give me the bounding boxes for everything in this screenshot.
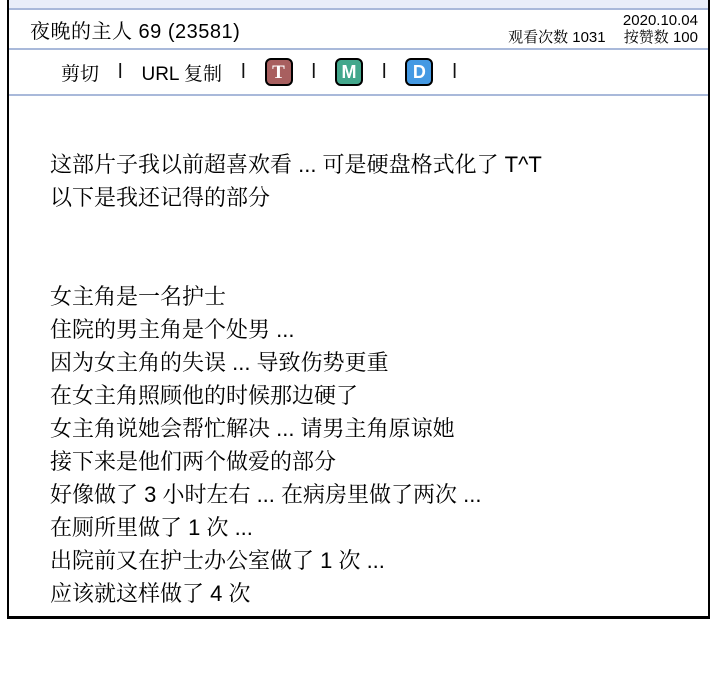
- content-line: 接下来是他们两个做爱的部分: [50, 445, 692, 478]
- content-line: 好像做了 3 小时左右 ... 在病房里做了两次 ...: [50, 478, 692, 511]
- content-line: 女主角是一名护士: [50, 280, 692, 313]
- toolbar-separator: l: [312, 61, 316, 84]
- content-line: 这部片子我以前超喜欢看 ... 可是硬盘格式化了 T^T: [50, 148, 692, 181]
- cut-button[interactable]: 剪切: [61, 59, 99, 86]
- content-line: 出院前又在护士办公室做了 1 次 ...: [50, 544, 692, 577]
- toolbar-separator: l: [241, 61, 245, 84]
- top-strip: [9, 0, 708, 10]
- content-line: 因为女主角的失误 ... 导致伤势更重: [50, 346, 692, 379]
- content-line: 应该就这样做了 4 次: [50, 577, 692, 610]
- post-panel: 夜晚的主人 69 (23581) 2020.10.04 观看次数 1031 按赞…: [7, 0, 710, 619]
- page-title: 夜晚的主人 69 (23581): [30, 15, 240, 44]
- content-line: 住院的男主角是个处男 ...: [50, 313, 692, 346]
- toolbar-separator: l: [118, 61, 122, 84]
- t-share-icon[interactable]: T: [265, 58, 293, 86]
- content-line: 以下是我还记得的部分: [50, 181, 692, 214]
- toolbar-separator: l: [452, 61, 456, 84]
- content-line: 在女主角照顾他的时候那边硬了: [50, 379, 692, 412]
- content-line: [50, 247, 692, 280]
- post-date: 2020.10.04: [508, 12, 698, 29]
- content-line: 在厕所里做了 1 次 ...: [50, 511, 692, 544]
- content-line: 女主角说她会帮忙解决 ... 请男主角原谅她: [50, 412, 692, 445]
- post-stats: 观看次数 1031 按赞数 100: [508, 29, 698, 46]
- toolbar-separator: l: [382, 61, 386, 84]
- post-body: 这部片子我以前超喜欢看 ... 可是硬盘格式化了 T^T以下是我还记得的部分女主…: [9, 96, 708, 610]
- like-count: 按赞数 100: [624, 29, 698, 46]
- post-meta: 2020.10.04 观看次数 1031 按赞数 100: [508, 12, 698, 46]
- content-line: [50, 214, 692, 247]
- view-count: 观看次数 1031: [508, 29, 606, 46]
- share-toolbar: 剪切 l URL 复制 l T l M l D l: [9, 50, 708, 96]
- post-header: 夜晚的主人 69 (23581) 2020.10.04 观看次数 1031 按赞…: [9, 10, 708, 50]
- d-share-icon[interactable]: D: [405, 58, 433, 86]
- url-copy-button[interactable]: URL 复制: [141, 59, 222, 86]
- m-share-icon[interactable]: M: [335, 58, 363, 86]
